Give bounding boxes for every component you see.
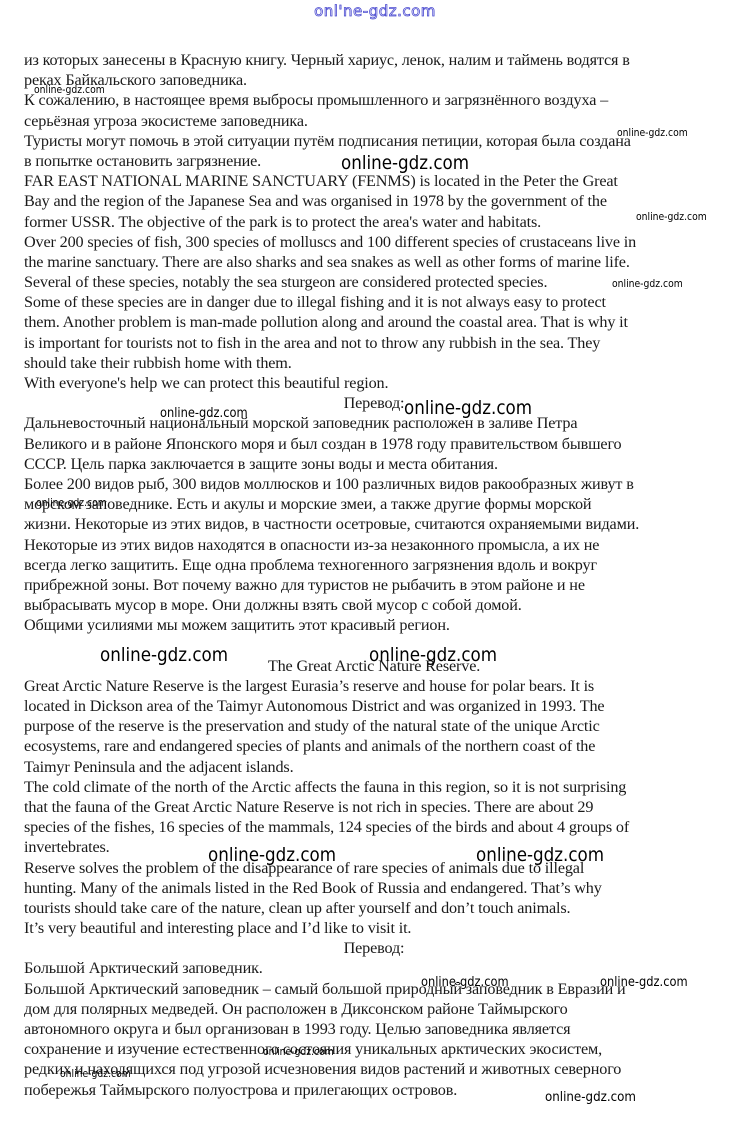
text-line: К сожалению, в настоящее время выбросы п… (24, 90, 724, 110)
watermark: online-gdz.com (208, 844, 336, 866)
text-line: located in Dickson area of the Taimyr Au… (24, 696, 724, 716)
english-heading-line: FAR EAST NATIONAL MARINE SANCTUARY (FENM… (24, 171, 724, 191)
watermark: online-gdz.com (34, 84, 105, 96)
document-body: из которых занесены в Красную книгу. Чер… (24, 50, 724, 1100)
watermark: online-gdz.com (100, 644, 228, 666)
watermark: online-gdz.com (636, 211, 707, 223)
text-line: всегда легко защитить. Еще одна проблема… (24, 555, 724, 575)
watermark: online-gdz.com (617, 127, 688, 139)
watermark: online-gdz.com (545, 1089, 636, 1105)
text-line: The cold climate of the north of the Arc… (24, 777, 724, 797)
text-line: species of the fishes, 16 species of the… (24, 817, 724, 837)
text-line: дом для полярных медведей. Он расположен… (24, 999, 724, 1019)
text-line: hunting. Many of the animals listed in t… (24, 878, 724, 898)
text-line: автономного округа и был организован в 1… (24, 1019, 724, 1039)
text-line: Общими усилиями мы можем защитить этот к… (24, 615, 724, 635)
text-line: Taimyr Peninsula and the adjacent island… (24, 757, 724, 777)
text-line: Дальневосточный национальный морской зап… (24, 413, 724, 433)
watermark: online-gdz.com (421, 975, 509, 990)
text-line: Reserve solves the problem of the disapp… (24, 858, 724, 878)
text-line: should take their rubbish home with them… (24, 353, 724, 373)
text-line: former USSR. The objective of the park i… (24, 212, 724, 232)
text-line: Bay and the region of the Japanese Sea a… (24, 191, 724, 211)
text-line: them. Another problem is man-made pollut… (24, 312, 724, 332)
text-line: прибрежной зоны. Вот почему важно для ту… (24, 575, 724, 595)
watermark: online-gdz.com (263, 1046, 334, 1058)
text-line: is important for tourists not to fish in… (24, 333, 724, 353)
text-line: Некоторые из этих видов находятся в опас… (24, 535, 724, 555)
watermark: online-gdz.com (600, 975, 688, 990)
translation-heading: Перевод: (24, 938, 724, 958)
text-line: that the fauna of the Great Arctic Natur… (24, 797, 724, 817)
text-line: ecosystems, rare and endangered species … (24, 736, 724, 756)
text-line: tourists should take care of the nature,… (24, 898, 724, 918)
watermark: online-gdz.com (404, 397, 532, 419)
text-line: жизни. Некоторые из этих видов, в частно… (24, 514, 724, 534)
text-line: Some of these species are in danger due … (24, 292, 724, 312)
text-line: из которых занесены в Красную книгу. Чер… (24, 50, 724, 70)
text-line: реках Байкальского заповедника. (24, 70, 724, 90)
text-line: выбрасывать мусор в море. Они должны взя… (24, 595, 724, 615)
text-line: Over 200 species of fish, 300 species of… (24, 232, 724, 252)
watermark: online-gdz.com (369, 644, 497, 666)
text-line: It’s very beautiful and interesting plac… (24, 918, 724, 938)
text-line: морском заповеднике. Есть и акулы и морс… (24, 494, 724, 514)
text-line: Великого и в районе Японского моря и был… (24, 434, 724, 454)
text-line: Great Arctic Nature Reserve is the large… (24, 676, 724, 696)
text-line: With everyone's help we can protect this… (24, 373, 724, 393)
text-line: СССР. Цель парка заключается в защите зо… (24, 454, 724, 474)
text-line: Более 200 видов рыб, 300 видов моллюсков… (24, 474, 724, 494)
translation-heading: Перевод: (24, 393, 724, 413)
watermark: online-gdz.com (36, 497, 107, 509)
watermark: online-gdz.com (60, 1068, 131, 1080)
text-line: the marine sanctuary. There are also sha… (24, 252, 724, 272)
text-line: сохранение и изучение естественного сост… (24, 1039, 724, 1059)
text-line: invertebrates. (24, 837, 724, 857)
watermark: online-gdz.com (160, 406, 248, 421)
watermark: online-gdz.com (612, 278, 683, 290)
watermark: online-gdz.com (341, 152, 469, 174)
watermark: online-gdz.com (476, 844, 604, 866)
site-logo[interactable]: onl'ne-gdz.com (0, 2, 750, 20)
text-line: purpose of the reserve is the preservati… (24, 716, 724, 736)
